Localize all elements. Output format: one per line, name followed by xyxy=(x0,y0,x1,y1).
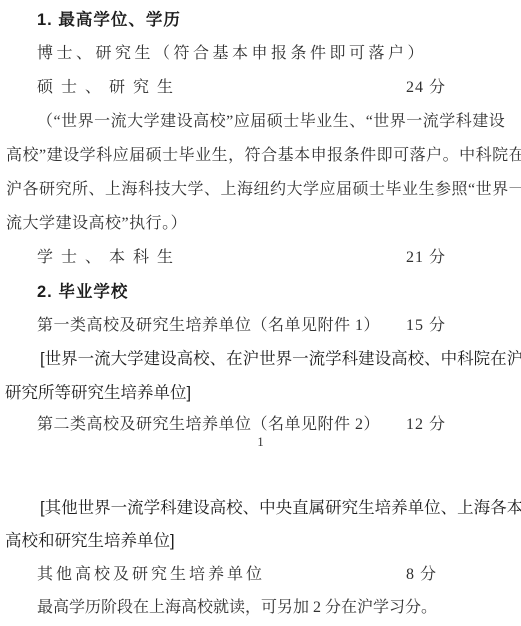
heading-graduation-school: 2. 毕业学校 xyxy=(0,280,521,304)
tier2-note-line-1: [其他世界一流学科建设高校、中央直属研究生培养单位、上海各本科 xyxy=(0,496,521,520)
row-other-label: 其他高校及研究生培养单位 xyxy=(0,563,265,587)
bonus-note: 最高学历阶段在上海高校就读，可另加 2 分在沪学习分。 xyxy=(0,596,521,620)
heading-highest-degree: 1. 最高学位、学历 xyxy=(0,8,521,32)
row-doctor: 博士、研究生（符合基本申报条件即可落户） xyxy=(0,42,521,66)
row-bachelor-score: 21 分 xyxy=(406,246,446,270)
policy-document-page: 1. 最高学位、学历 博士、研究生（符合基本申报条件即可落户） 硕士、研究生 2… xyxy=(0,0,521,626)
page-number: 1 xyxy=(0,433,521,451)
tier1-note-line-1: [世界一流大学建设高校、在沪世界一流学科建设高校、中科院在沪各 xyxy=(0,347,521,371)
row-tier1-label: 第一类高校及研究生培养单位（名单见附件 1） xyxy=(0,314,380,338)
row-tier1-school: 第一类高校及研究生培养单位（名单见附件 1） 15 分 xyxy=(0,314,521,338)
row-bachelor: 学士、本科生 21 分 xyxy=(0,246,521,270)
master-note-line-4: 流大学建设高校”执行。） xyxy=(0,212,521,236)
row-other-score: 8 分 xyxy=(406,563,437,587)
tier1-note-line-2: 研究所等研究生培养单位] xyxy=(0,381,521,405)
master-note-line-3: 沪各研究所、上海科技大学、上海纽约大学应届硕士毕业生参照“世界一 xyxy=(0,178,521,202)
row-master-score: 24 分 xyxy=(406,76,446,100)
row-tier1-score: 15 分 xyxy=(406,314,446,338)
row-bachelor-label: 学士、本科生 xyxy=(0,246,181,270)
row-master: 硕士、研究生 24 分 xyxy=(0,76,521,100)
row-other-school: 其他高校及研究生培养单位 8 分 xyxy=(0,563,521,587)
row-master-label: 硕士、研究生 xyxy=(0,76,181,100)
master-note-line-1: （“世界一流大学建设高校”应届硕士毕业生、“世界一流学科建设 xyxy=(0,110,521,134)
master-note-line-2: 高校”建设学科应届硕士毕业生，符合基本申报条件即可落户。中科院在 xyxy=(0,144,521,168)
tier2-note-line-2: 高校和研究生培养单位] xyxy=(0,529,521,553)
